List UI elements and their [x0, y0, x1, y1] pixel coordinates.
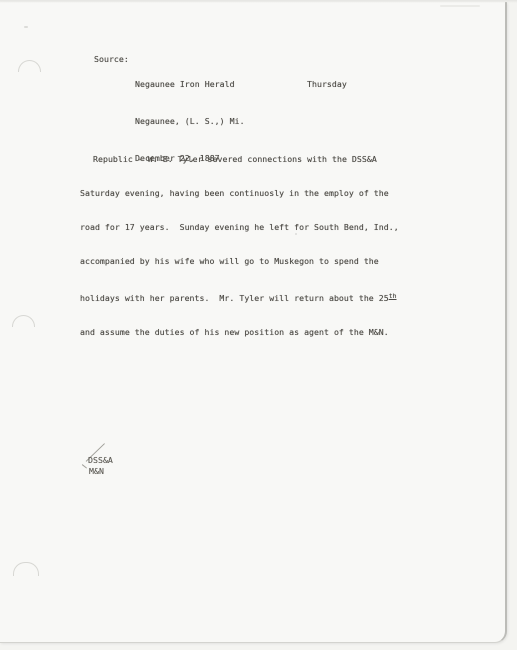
source-location: Negaunee, (L. S.,) Mi.: [135, 115, 245, 127]
scan-streak: [440, 5, 480, 7]
paper-speck: [24, 26, 28, 28]
index-annotation-dssa: DSS&A: [88, 455, 113, 465]
article-line: road for 17 years. Sunday evening he lef…: [80, 222, 399, 233]
index-annotation-mn: M&N: [89, 466, 104, 476]
scan-background: Source: Negaunee Iron Herald Negaunee, (…: [0, 0, 517, 650]
ordinal-superscript: th: [389, 292, 397, 300]
article-line: Saturday evening, having been continuosl…: [80, 188, 399, 199]
source-label: Source:: [94, 53, 129, 65]
article-line-text: holidays with her parents. Mr. Tyler wil…: [80, 293, 389, 303]
source-weekday: Thursday: [307, 78, 347, 90]
article-line: holidays with her parents. Mr. Tyler wil…: [80, 291, 399, 304]
paper-speck: [295, 233, 297, 235]
scan-top-edge: [0, 0, 517, 3]
article-paragraph: Republic - W. E. Tyler severed connectio…: [80, 131, 399, 361]
source-publication: Negaunee Iron Herald: [135, 78, 245, 90]
article-line: and assume the duties of his new positio…: [80, 327, 399, 338]
article-line: accompanied by his wife who will go to M…: [80, 256, 399, 267]
article-line: Republic - W. E. Tyler severed connectio…: [80, 154, 399, 165]
